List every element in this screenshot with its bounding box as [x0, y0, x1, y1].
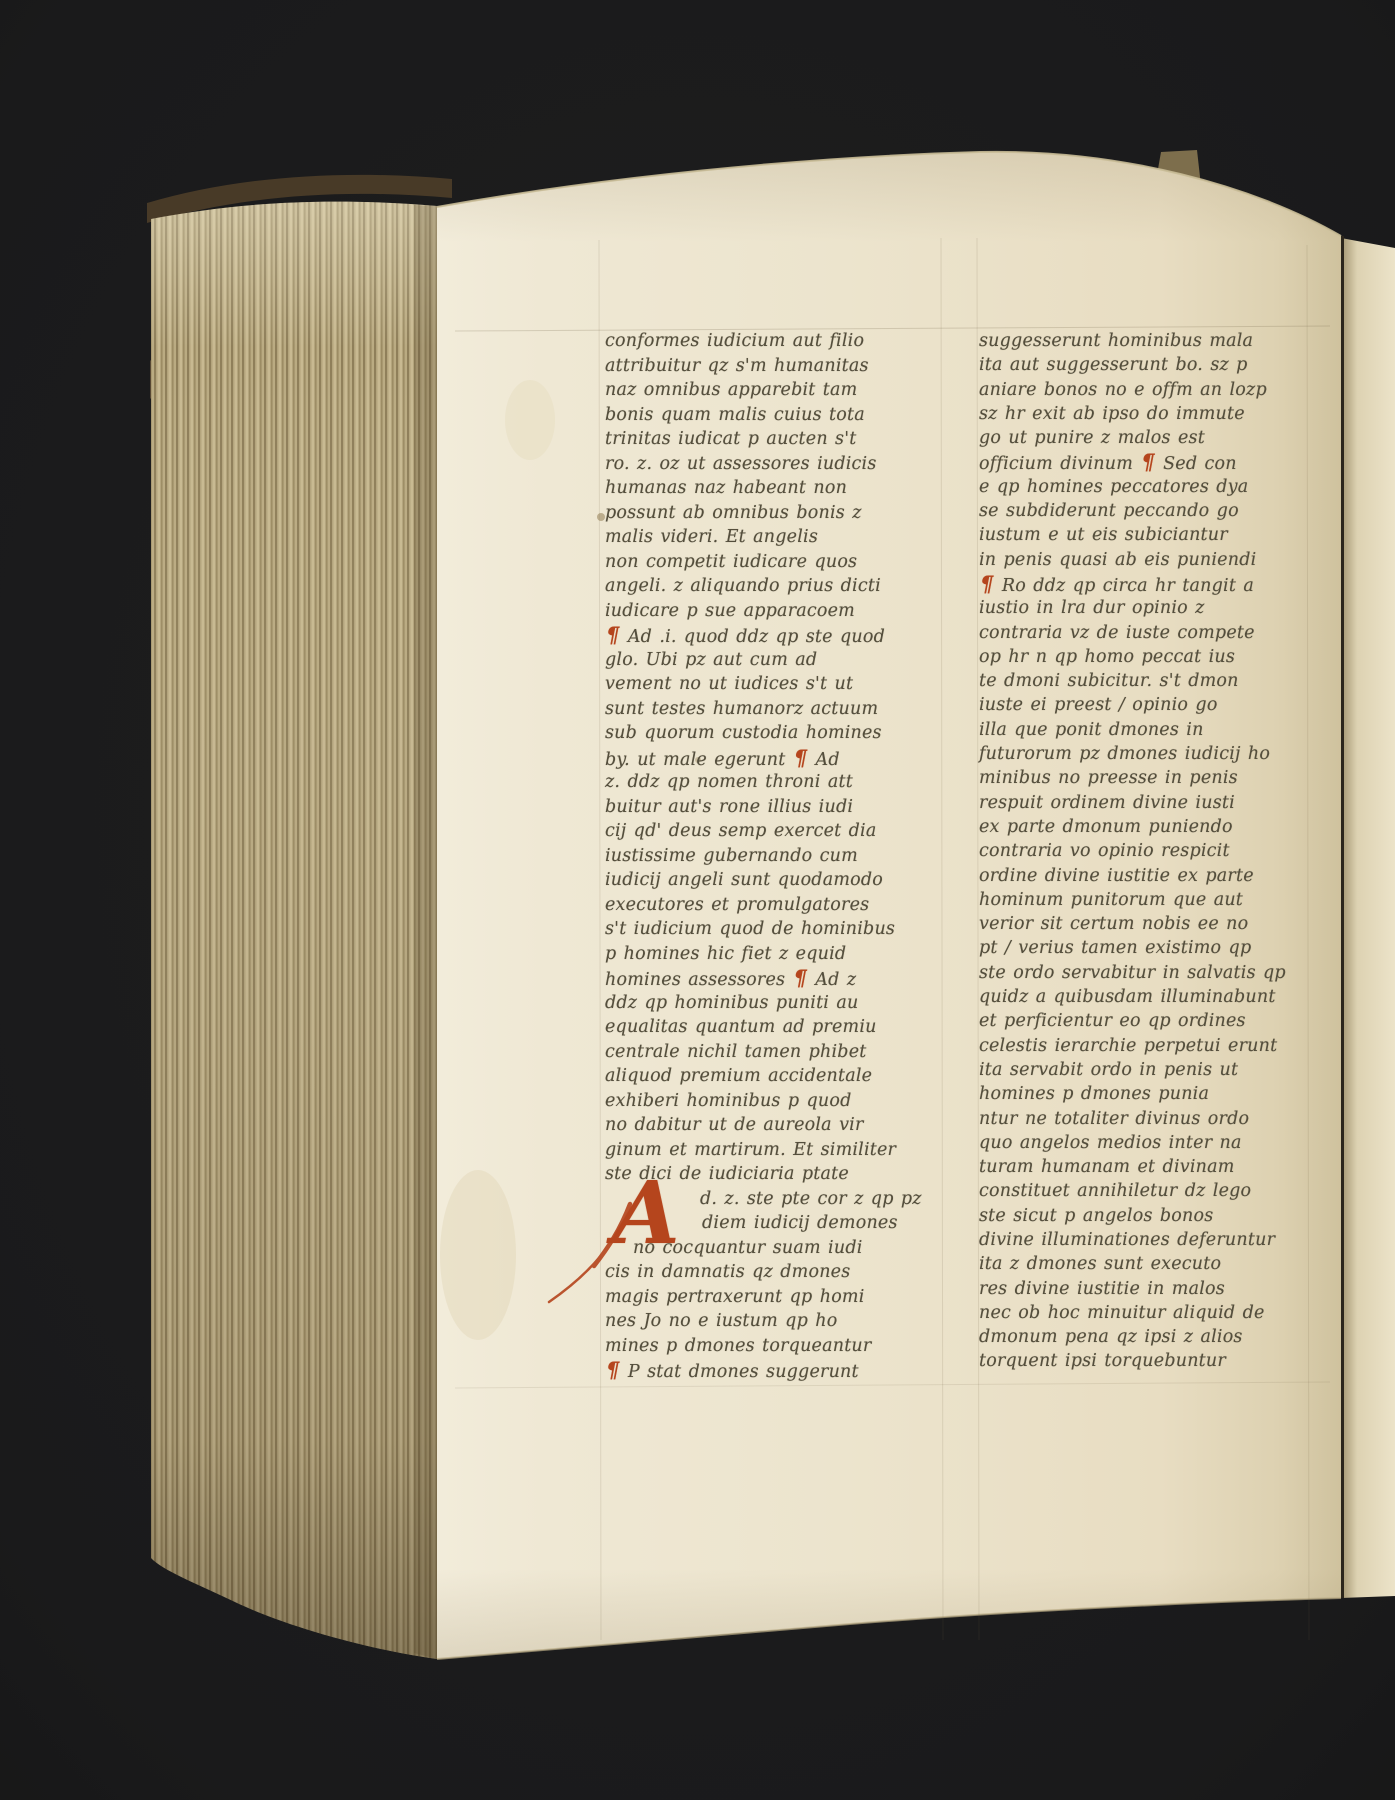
manuscript-line: iustum e ut eis subiciantur — [979, 523, 1305, 547]
rubric-pilcrow-icon: ¶ — [605, 622, 621, 647]
manuscript-line: te dmoni subicitur. s't dmon — [979, 669, 1305, 693]
manuscript-line: angeli. z aliquando prius dicti — [605, 574, 937, 599]
manuscript-line: homines p dmones punia — [979, 1082, 1305, 1106]
manuscript-line: go ut punire z malos est — [979, 426, 1305, 450]
rubric-pilcrow-icon: ¶ — [793, 745, 809, 770]
manuscript-line: aliquod premium accidentale — [605, 1064, 937, 1089]
manuscript-line: non competit iudicare quos — [605, 550, 937, 575]
manuscript-line: aniare bonos no e offm an lozp — [979, 378, 1305, 402]
manuscript-line: constituet annihiletur dz lego — [979, 1179, 1305, 1203]
manuscript-line: celestis ierarchie perpetui erunt — [979, 1034, 1305, 1058]
manuscript-line: buitur aut's rone illius iudi — [605, 795, 937, 820]
manuscript-line: magis pertraxerunt qp homi — [605, 1285, 937, 1310]
manuscript-line: quo angelos medios inter na — [979, 1131, 1305, 1155]
manuscript-line: d. z. ste pte cor z qp pzA — [605, 1187, 937, 1212]
rubric-pilcrow-icon: ¶ — [1140, 449, 1156, 474]
manuscript-line: ¶ P stat dmones suggerunt — [605, 1358, 937, 1383]
manuscript-line: res divine iustitie in malos — [979, 1277, 1305, 1301]
manuscript-line: contraria vo opinio respicit — [979, 839, 1305, 863]
manuscript-line: ginum et martirum. Et similiter — [605, 1138, 937, 1163]
manuscript-line: et perficientur eo qp ordines — [979, 1009, 1305, 1033]
manuscript-line: naz omnibus apparebit tam — [605, 378, 937, 403]
manuscript-line: nec ob hoc minuitur aliquid de — [979, 1301, 1305, 1325]
manuscript-line: in penis quasi ab eis puniendi — [979, 548, 1305, 572]
manuscript-line: sub quorum custodia homines — [605, 721, 937, 746]
manuscript-line: humanas naz habeant non — [605, 476, 937, 501]
manuscript-line: ita z dmones sunt executo — [979, 1252, 1305, 1276]
manuscript-line: attribuitur qz s'm humanitas — [605, 354, 937, 379]
manuscript-line: ddz qp hominibus puniti au — [605, 991, 937, 1016]
manuscript-line: futurorum pz dmones iudicij ho — [979, 742, 1305, 766]
manuscript-line: contraria vz de iuste compete — [979, 621, 1305, 645]
text-column-right: suggesserunt hominibus malaita aut sugge… — [979, 329, 1305, 1374]
manuscript-line: ex parte dmonum puniendo — [979, 815, 1305, 839]
manuscript-line: centrale nichil tamen phibet — [605, 1040, 937, 1065]
manuscript-line: ro. z. oz ut assessores iudicis — [605, 452, 937, 477]
manuscript-line: dmonum pena qz ipsi z alios — [979, 1325, 1305, 1349]
manuscript-line: iustissime gubernando cum — [605, 844, 937, 869]
manuscript-line: sunt testes humanorz actuum — [605, 697, 937, 722]
manuscript-line: iudicare p sue apparacoem — [605, 599, 937, 624]
manuscript-line: z. ddz qp nomen throni att — [605, 770, 937, 795]
manuscript-line: iustio in lra dur opinio z — [979, 596, 1305, 620]
manuscript-line: ¶ Ad .i. quod ddz qp ste quod — [605, 623, 937, 648]
manuscript-line: iuste ei preest / opinio go — [979, 693, 1305, 717]
manuscript-line: possunt ab omnibus bonis z — [605, 501, 937, 526]
rubric-pilcrow-icon: ¶ — [792, 965, 808, 990]
manuscript-line: torquent ipsi torquebuntur — [979, 1349, 1305, 1373]
manuscript-line: mines p dmones torqueantur — [605, 1334, 937, 1359]
manuscript-line: ita servabit ordo in penis ut — [979, 1058, 1305, 1082]
manuscript-line: conformes iudicium aut filio — [605, 329, 937, 354]
manuscript-line: bonis quam malis cuius tota — [605, 403, 937, 428]
manuscript-line: respuit ordinem divine iusti — [979, 791, 1305, 815]
manuscript-line: divine illuminationes deferuntur — [979, 1228, 1305, 1252]
manuscript-line: s't iudicium quod de hominibus — [605, 917, 937, 942]
manuscript-line: trinitas iudicat p aucten s't — [605, 427, 937, 452]
manuscript-line: e qp homines peccatores dya — [979, 475, 1305, 499]
manuscript-line: ntur ne totaliter divinus ordo — [979, 1107, 1305, 1131]
manuscript-line: turam humanam et divinam — [979, 1155, 1305, 1179]
manuscript-line: cij qd' deus semp exercet dia — [605, 819, 937, 844]
manuscript-line: nes Jo no e iustum qp ho — [605, 1309, 937, 1334]
under-page-edge — [1341, 238, 1395, 1598]
manuscript-line: hominum punitorum que aut — [979, 888, 1305, 912]
rubric-pilcrow-icon: ¶ — [979, 571, 995, 596]
manuscript-line: pt / verius tamen existimo qp — [979, 936, 1305, 960]
manuscript-line: quidz a quibusdam illuminabunt — [979, 985, 1305, 1009]
manuscript-line: ste ordo servabitur in salvatis qp — [979, 961, 1305, 985]
manuscript-line: sz hr exit ab ipso do immute — [979, 402, 1305, 426]
manuscript-line: equalitas quantum ad premiu — [605, 1015, 937, 1040]
stack-compression-shadow — [414, 205, 437, 1659]
manuscript-line: officium divinum ¶ Sed con — [979, 450, 1305, 474]
manuscript-line: p homines hic fiet z equid — [605, 942, 937, 967]
manuscript-line: vement no ut iudices s't ut — [605, 672, 937, 697]
manuscript-line: no cocquantur suam iudi — [605, 1236, 937, 1261]
manuscript-line: cis in damnatis qz dmones — [605, 1260, 937, 1285]
manuscript-line: malis videri. Et angelis — [605, 525, 937, 550]
manuscript-line: exhiberi hominibus p quod — [605, 1089, 937, 1114]
manuscript-line: ste sicut p angelos bonos — [979, 1204, 1305, 1228]
manuscript-line: suggesserunt hominibus mala — [979, 329, 1305, 353]
manuscript-line: glo. Ubi pz aut cum ad — [605, 648, 937, 673]
manuscript-line: executores et promulgatores — [605, 893, 937, 918]
manuscript-photo: conformes iudicium aut filioattribuitur … — [0, 0, 1395, 1800]
manuscript-line: diem iudicij demones — [605, 1211, 937, 1236]
manuscript-line: iudicij angeli sunt quodamodo — [605, 868, 937, 893]
manuscript-line: ordine divine iustitie ex parte — [979, 864, 1305, 888]
manuscript-line: homines assessores ¶ Ad z — [605, 966, 937, 991]
manuscript-line: minibus no preesse in penis — [979, 766, 1305, 790]
manuscript-line: no dabitur ut de aureola vir — [605, 1113, 937, 1138]
manuscript-line: illa que ponit dmones in — [979, 718, 1305, 742]
manuscript-line: by. ut male egerunt ¶ Ad — [605, 746, 937, 771]
manuscript-line: ¶ Ro ddz qp circa hr tangit a — [979, 572, 1305, 596]
manuscript-line: verior sit certum nobis ee no — [979, 912, 1305, 936]
manuscript-line: ita aut suggesserunt bo. sz p — [979, 353, 1305, 377]
manuscript-line: op hr n qp homo peccat ius — [979, 645, 1305, 669]
manuscript-line: se subdiderunt peccando go — [979, 499, 1305, 523]
rubric-pilcrow-icon: ¶ — [605, 1357, 621, 1382]
text-column-left: conformes iudicium aut filioattribuitur … — [605, 329, 937, 1383]
